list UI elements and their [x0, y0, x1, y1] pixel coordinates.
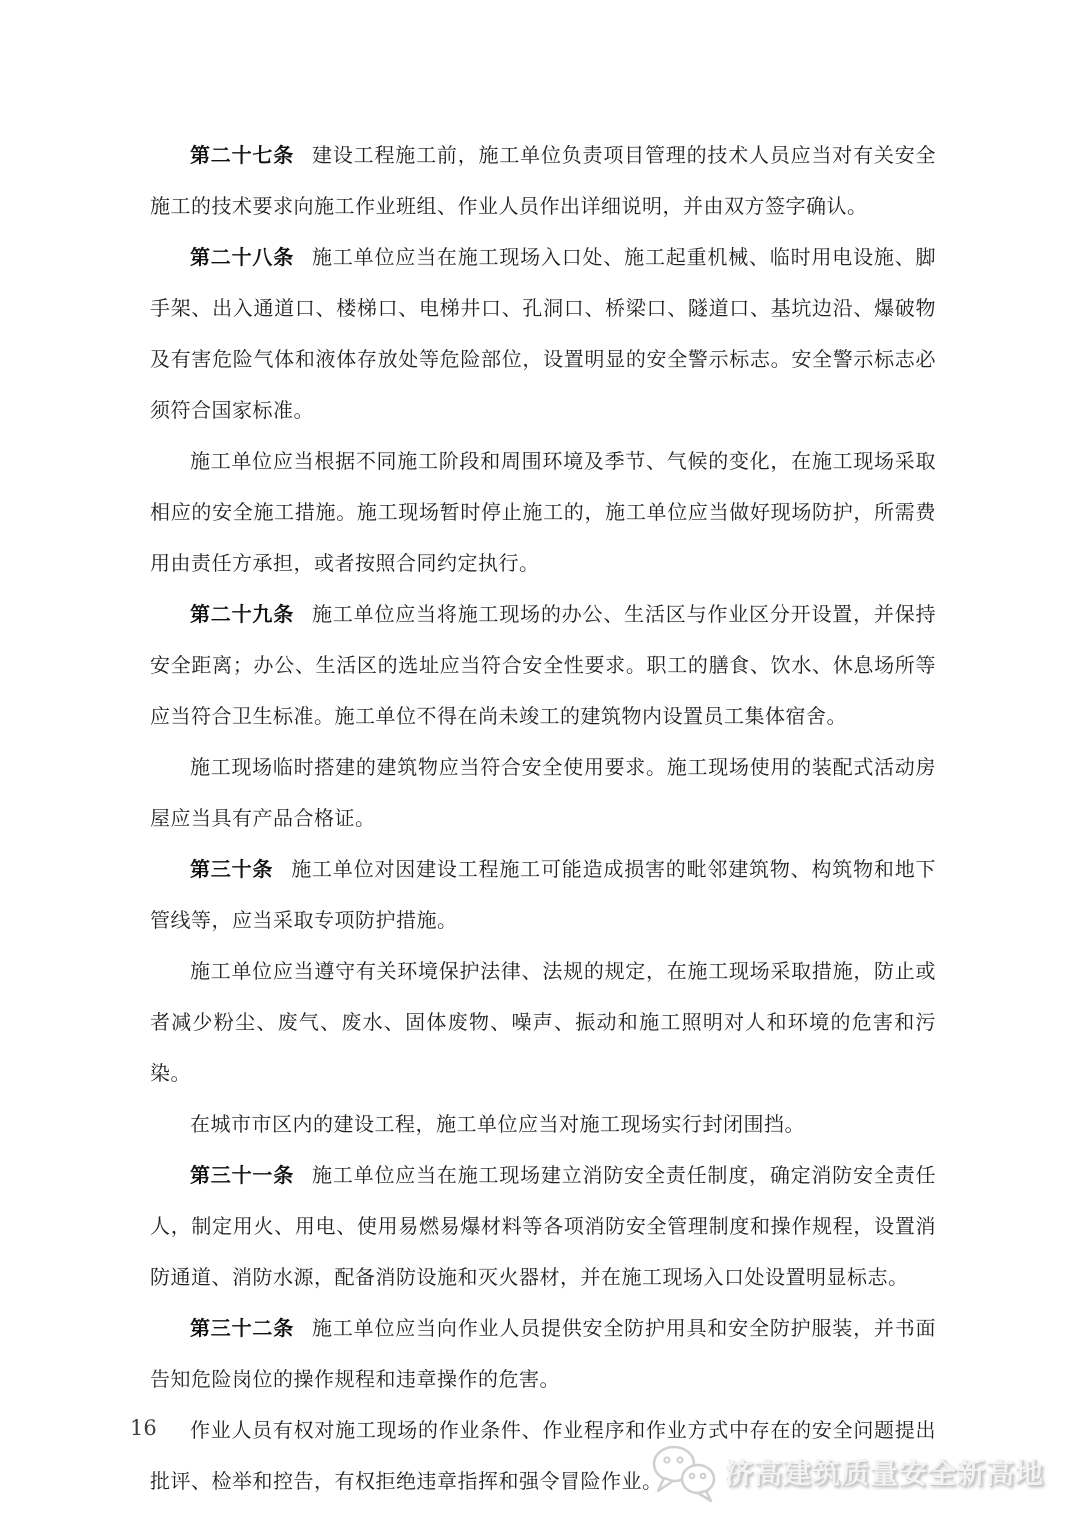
paragraph-text: 施工单位应当遵守有关环境保护法律、法规的规定，在施工现场采取措施，防止或者减少粉…: [150, 959, 936, 1085]
paragraph: 施工单位应当遵守有关环境保护法律、法规的规定，在施工现场采取措施，防止或者减少粉…: [150, 946, 936, 1099]
paragraph: 第三十一条施工单位应当在施工现场建立消防安全责任制度，确定消防安全责任人，制定用…: [150, 1150, 936, 1303]
paragraph: 第二十八条施工单位应当在施工现场入口处、施工起重机械、临时用电设施、脚手架、出入…: [150, 232, 936, 436]
paragraph: 在城市市区内的建设工程，施工单位应当对施工现场实行封闭围挡。: [150, 1099, 936, 1150]
paragraph: 第二十七条建设工程施工前，施工单位负责项目管理的技术人员应当对有关安全施工的技术…: [150, 130, 936, 232]
wechat-icon: [651, 1441, 717, 1503]
watermark: 济高建筑质量安全新高地: [651, 1441, 1044, 1503]
document-body: 第二十七条建设工程施工前，施工单位负责项目管理的技术人员应当对有关安全施工的技术…: [150, 130, 936, 1507]
page-number: 16: [130, 1416, 157, 1440]
paragraph: 施工现场临时搭建的建筑物应当符合安全使用要求。施工现场使用的装配式活动房屋应当具…: [150, 742, 936, 844]
paragraph: 第三十二条施工单位应当向作业人员提供安全防护用具和安全防护服装，并书面告知危险岗…: [150, 1303, 936, 1405]
paragraph-text: 施工单位应当根据不同施工阶段和周围环境及季节、气候的变化，在施工现场采取相应的安…: [150, 449, 936, 575]
paragraph-text: 施工现场临时搭建的建筑物应当符合安全使用要求。施工现场使用的装配式活动房屋应当具…: [150, 755, 936, 830]
article-heading: 第二十八条: [190, 245, 312, 269]
article-heading: 第二十七条: [190, 143, 312, 167]
paragraph-text: 施工单位应当在施工现场入口处、施工起重机械、临时用电设施、脚手架、出入通道口、楼…: [150, 245, 936, 422]
article-heading: 第三十条: [190, 857, 291, 881]
document-page: 第二十七条建设工程施工前，施工单位负责项目管理的技术人员应当对有关安全施工的技术…: [0, 0, 1080, 1527]
article-heading: 第三十二条: [190, 1316, 312, 1340]
paragraph-text: 在城市市区内的建设工程，施工单位应当对施工现场实行封闭围挡。: [190, 1112, 805, 1136]
article-heading: 第二十九条: [190, 602, 312, 626]
paragraph: 第三十条施工单位对因建设工程施工可能造成损害的毗邻建筑物、构筑物和地下管线等，应…: [150, 844, 936, 946]
article-heading: 第三十一条: [190, 1163, 312, 1187]
paragraph: 第二十九条施工单位应当将施工现场的办公、生活区与作业区分开设置，并保持安全距离；…: [150, 589, 936, 742]
watermark-text: 济高建筑质量安全新高地: [725, 1452, 1044, 1492]
paragraph: 施工单位应当根据不同施工阶段和周围环境及季节、气候的变化，在施工现场采取相应的安…: [150, 436, 936, 589]
